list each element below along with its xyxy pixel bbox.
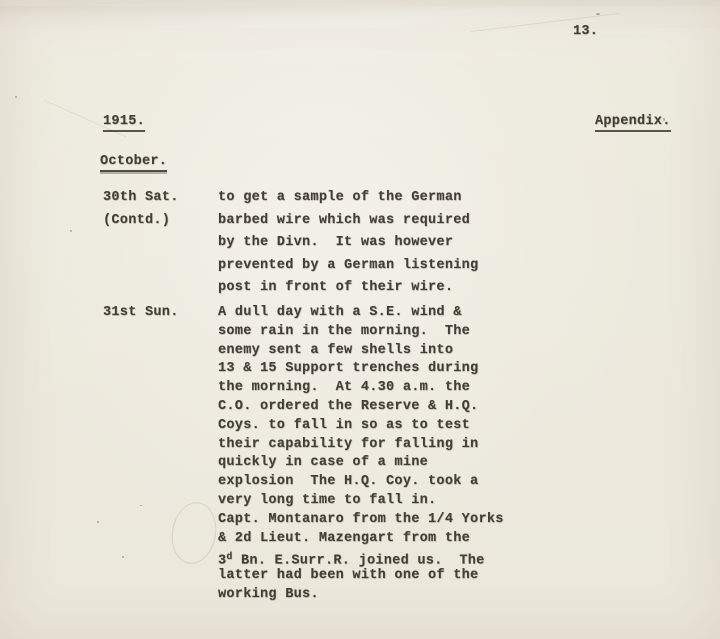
text-line: quickly in case of a mine (218, 454, 504, 473)
text-line: latter had been with one of the (218, 567, 504, 586)
text-line: by the Divn. It was however (218, 232, 478, 255)
text-line: 3d Bn. E.Surr.R. joined us. The (218, 548, 504, 567)
paper-speck (122, 556, 124, 558)
text-line: very long time to fall in. (218, 492, 504, 511)
page-number: 13. (573, 24, 598, 39)
entry-body: A dull day with a S.E. wind &some rain i… (218, 304, 504, 605)
paper-speck (97, 521, 99, 523)
text-line: working Bus. (218, 586, 504, 605)
text-line: enemy sent a few shells into (218, 342, 504, 361)
entry-body: to get a sample of the Germanbarbed wire… (218, 187, 478, 300)
entry-date: 30th Sat. (103, 187, 179, 210)
paper-speck (140, 505, 142, 506)
appendix-heading: Appendix. (595, 114, 671, 132)
text-line: & 2d Lieut. Mazengart from the (218, 530, 504, 549)
text-line: Coys. to fall in so as to test (218, 417, 504, 436)
text-line: barbed wire which was required (218, 210, 478, 233)
paper-crease-top (0, 6, 720, 28)
text-line: 13 & 15 Support trenches during (218, 360, 504, 379)
entry-date-column: 30th Sat. (Contd.) (103, 187, 179, 232)
entry-date: 31st Sun. (103, 304, 179, 323)
paper-speck (70, 230, 72, 232)
paper-emboss-mark (167, 499, 221, 568)
paper-speck (15, 96, 17, 98)
text-line: A dull day with a S.E. wind & (218, 304, 504, 323)
text-line: the morning. At 4.30 a.m. the (218, 379, 504, 398)
entry-date-column: 31st Sun. (103, 304, 179, 323)
month-heading: October. (100, 154, 167, 172)
text-line: post in front of their wire. (218, 277, 478, 300)
text-line: explosion The H.Q. Coy. took a (218, 473, 504, 492)
text-line: their capability for falling in (218, 436, 504, 455)
text-line: to get a sample of the German (218, 187, 478, 210)
year-heading: 1915. (103, 114, 145, 132)
text-line: Capt. Montanaro from the 1/4 Yorks (218, 511, 504, 530)
paper-speck (596, 13, 600, 15)
text-line: some rain in the morning. The (218, 323, 504, 342)
text-line: C.O. ordered the Reserve & H.Q. (218, 398, 504, 417)
entry-date-contd: (Contd.) (103, 210, 179, 233)
text-line: prevented by a German listening (218, 255, 478, 278)
diary-scan-page: 13. 1915. Appendix. October. 30th Sat. (… (0, 0, 720, 639)
